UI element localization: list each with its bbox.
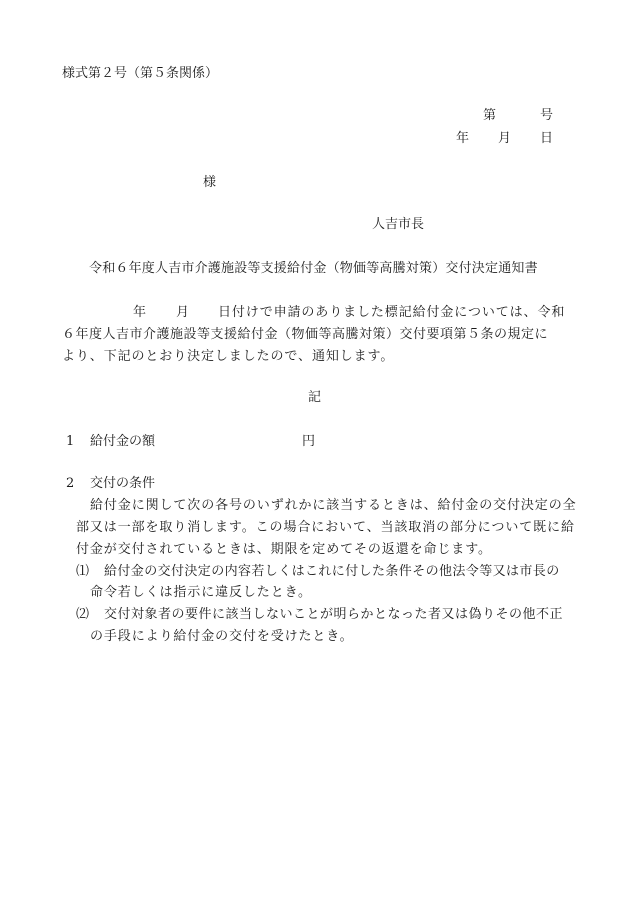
section-1-label: 給付金の額	[90, 434, 155, 450]
section-2-para-line: 部又は一部を取り消します。この場合において、当該取消の部分について既に給	[76, 520, 575, 536]
date-day: 日	[540, 131, 553, 147]
body-month: 月	[176, 305, 189, 321]
section-2-label: 交付の条件	[90, 476, 155, 492]
ki-heading: 記	[308, 390, 321, 406]
date-year: 年	[456, 131, 469, 147]
doc-number-suffix: 号	[540, 108, 553, 124]
section-2-para-line: 給付金に関して次の各号のいずれかに該当するときは、給付金の交付決定の全	[90, 498, 577, 514]
body-line1: 日付けで申請のありました標記給付金については、令和	[218, 305, 565, 321]
doc-number-prefix: 第	[483, 108, 496, 124]
body-line3: より、下記のとおり決定しましたので、通知します。	[62, 349, 394, 365]
condition-item-line: 命令若しくは指示に違反したとき。	[90, 585, 312, 601]
date-month: 月	[498, 131, 511, 147]
document-title: 令和６年度人吉市介護施設等支援給付金（物価等高騰対策）交付決定通知書	[89, 261, 538, 277]
form-label: 様式第２号（第５条関係）	[62, 66, 218, 82]
issuer: 人吉市長	[372, 217, 424, 233]
section-2-para-line: 付金が交付されているときは、期限を定めてその返還を命じます。	[76, 542, 492, 558]
condition-item-line: の手段により給付金の交付を受けたとき。	[90, 629, 354, 645]
condition-item-mark: ⑵	[76, 607, 89, 623]
recipient-suffix: 様	[203, 175, 216, 191]
condition-item-line: 給付金の交付決定の内容若しくはこれに付した条件その他法令等又は市長の	[104, 564, 560, 580]
condition-item-line: 交付対象者の要件に該当しないことが明らかとなった者又は偽りその他不正	[104, 607, 563, 623]
section-1-unit: 円	[302, 434, 315, 450]
condition-item-mark: ⑴	[76, 564, 89, 580]
body-line2: ６年度人吉市介護施設等支援給付金（物価等高騰対策）交付要項第５条の規定に	[62, 327, 548, 343]
section-1-number: 1	[66, 434, 74, 450]
body-year: 年	[133, 305, 146, 321]
section-2-number: 2	[66, 476, 74, 492]
